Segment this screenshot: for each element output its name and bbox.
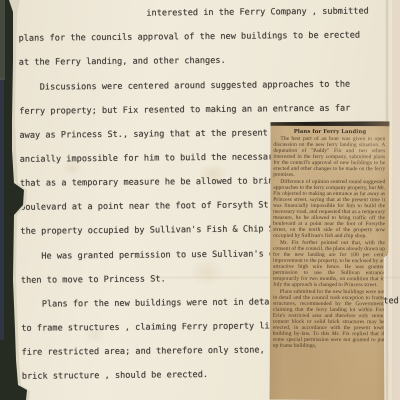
scanned-document-page: interested in the Ferry Company , submit…: [0, 0, 400, 400]
scan-edge-gray-strip: [0, 0, 5, 80]
scan-edge-blue-strip: [0, 78, 4, 340]
torn-left-edge: [0, 0, 400, 400]
